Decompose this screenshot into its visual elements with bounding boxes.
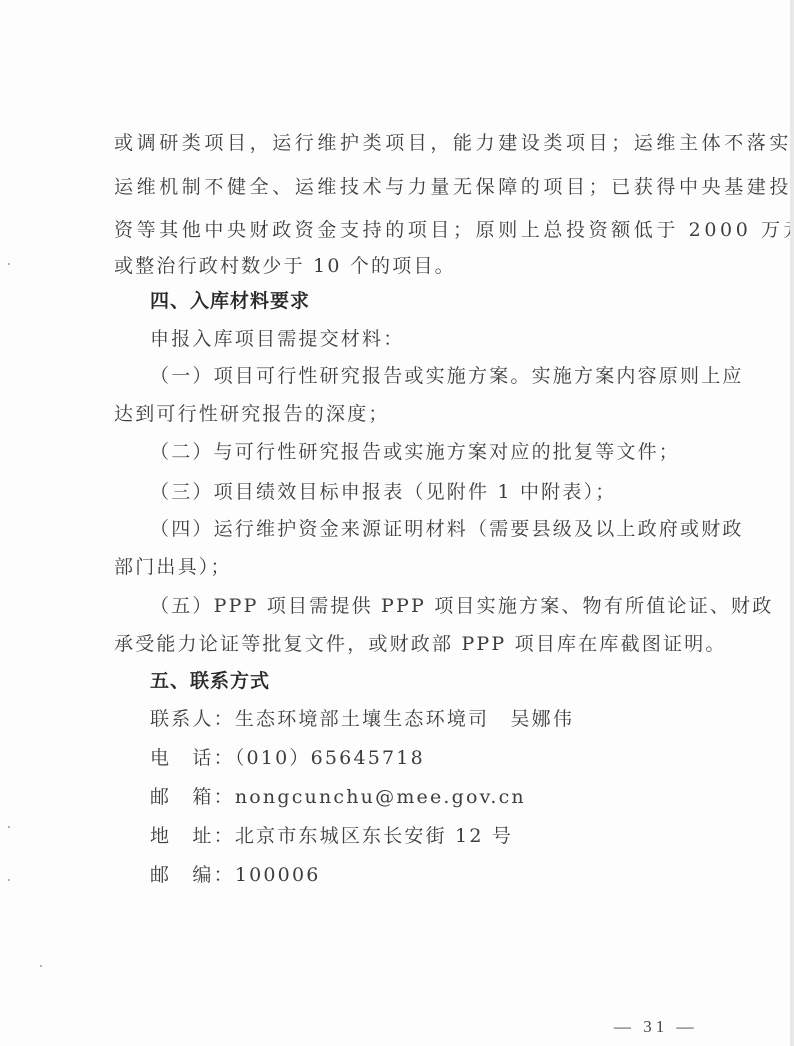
contact-label: 邮 编： [150, 864, 235, 886]
contact-label: 电 话： [150, 747, 235, 769]
contact-value: 生态环境部土壤生态环境司 吴娜伟 [235, 708, 574, 730]
page-number: — 31 — [614, 1017, 698, 1037]
list-item: （三）项目绩效目标申报表（见附件 1 中附表）； [150, 480, 740, 504]
list-item: （五）PPP 项目需提供 PPP 项目实施方案、物有所值论证、财政 [150, 594, 740, 618]
contact-label: 联系人： [150, 708, 235, 730]
section-intro: 申报入库项目需提交材料： [150, 327, 740, 351]
document-page: 或调研类项目，运行维护类项目，能力建设类项目；运维主体不落实、 运维机制不健全、… [0, 0, 794, 1046]
contact-row: 联系人：生态环境部土壤生态环境司 吴娜伟 [150, 707, 740, 731]
contact-row: 电 话：（010）65645718 [150, 746, 740, 770]
contact-value: nongcunchu@mee.gov.cn [235, 786, 526, 808]
body-text-line: 运维机制不健全、运维技术与力量无保障的项目；已获得中央基建投 [114, 175, 704, 199]
scan-speck [8, 826, 10, 828]
contact-row: 邮 编：100006 [150, 863, 740, 887]
list-item: （二）与可行性研究报告或实施方案对应的批复等文件； [150, 440, 740, 464]
scan-speck [8, 263, 10, 265]
body-text-line: 或调研类项目，运行维护类项目，能力建设类项目；运维主体不落实、 [114, 131, 704, 155]
body-text-line: 资等其他中央财政资金支持的项目；原则上总投资额低于 2000 万元 [114, 218, 704, 242]
contact-value: 100006 [235, 864, 321, 886]
list-item-continuation: 部门出具）； [114, 555, 704, 579]
contact-row: 地 址：北京市东城区东长安街 12 号 [150, 824, 740, 848]
section-heading: 五、联系方式 [150, 669, 740, 693]
list-item-continuation: 承受能力论证等批复文件，或财政部 PPP 项目库在库截图证明。 [114, 632, 704, 656]
contact-value: 北京市东城区东长安街 12 号 [235, 825, 513, 847]
contact-label: 邮 箱： [150, 786, 235, 808]
list-item-continuation: 达到可行性研究报告的深度； [114, 402, 704, 426]
contact-row: 邮 箱：nongcunchu@mee.gov.cn [150, 785, 740, 809]
list-item: （四）运行维护资金来源证明材料（需要县级及以上政府或财政 [150, 517, 740, 541]
contact-label: 地 址： [150, 825, 235, 847]
scan-speck [40, 965, 42, 967]
scan-speck [8, 879, 10, 881]
contact-value: （010）65645718 [235, 747, 425, 769]
list-item: （一）项目可行性研究报告或实施方案。实施方案内容原则上应 [150, 364, 740, 388]
page-edge [790, 0, 794, 1046]
section-heading: 四、入库材料要求 [150, 289, 740, 313]
body-text-line: 或整治行政村数少于 10 个的项目。 [114, 254, 704, 278]
